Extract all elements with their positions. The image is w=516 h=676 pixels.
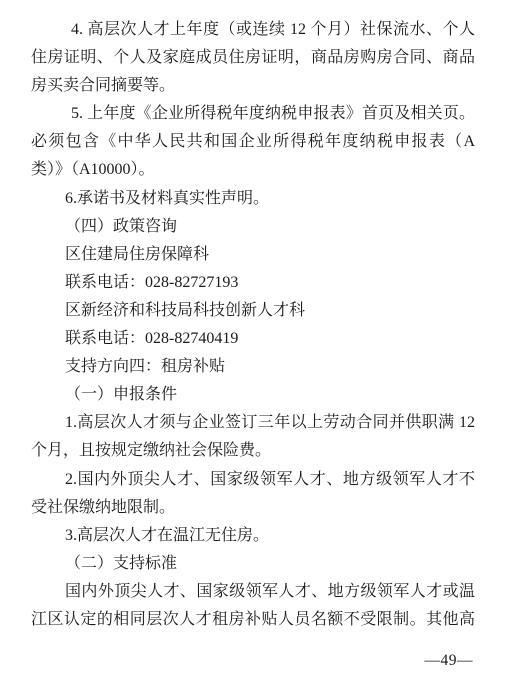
text-line-21: 国内外顶尖人才、国家级领军人才、地方级领军人才或温: [31, 578, 475, 606]
text-line-11: 区新经济和科技局科技创新人才科: [31, 297, 475, 325]
text-line-19: 3.高层次人才在温江无住房。: [31, 522, 475, 550]
text-line-15: 1.高层次人才须与企业签订三年以上劳动合同并供职满 12: [31, 409, 475, 437]
text-line-18: 受社保缴纳地限制。: [31, 494, 475, 522]
text-line-2: 住房证明、个人及家庭成员住房证明，商品房购房合同、商品: [31, 44, 475, 72]
document-page: 4. 高层次人才上年度（或连续 12 个月）社保流水、个人住房证明、个人及家庭成…: [0, 0, 516, 676]
text-line-12: 联系电话：028-82740419: [31, 325, 475, 353]
text-line-3: 房买卖合同摘要等。: [31, 72, 475, 100]
text-line-8: （四）政策咨询: [31, 213, 475, 241]
text-line-9: 区住建局住房保障科: [31, 241, 475, 269]
text-line-6: 类）》（A10000）。: [31, 156, 475, 184]
page-number: —49—: [425, 653, 474, 669]
text-line-17: 2.国内外顶尖人才、国家级领军人才、地方级领军人才不: [31, 466, 475, 494]
text-line-4: 5. 上年度《企业所得税年度纳税申报表》首页及相关页。: [31, 100, 475, 128]
text-line-22: 江区认定的相同层次人才租房补贴人员名额不受限制。其他高: [31, 606, 475, 634]
text-line-14: （一）申报条件: [31, 381, 475, 409]
text-line-16: 个月，且按规定缴纳社会保险费。: [31, 437, 475, 465]
text-line-7: 6.承诺书及材料真实性声明。: [31, 185, 475, 213]
text-line-1: 4. 高层次人才上年度（或连续 12 个月）社保流水、个人: [31, 16, 475, 44]
document-body: 4. 高层次人才上年度（或连续 12 个月）社保流水、个人住房证明、个人及家庭成…: [31, 16, 475, 634]
text-line-10: 联系电话：028-82727193: [31, 269, 475, 297]
text-line-5: 必须包含《中华人民共和国企业所得税年度纳税申报表（A: [31, 128, 475, 156]
text-line-13: 支持方向四：租房补贴: [31, 353, 475, 381]
text-line-20: （二）支持标准: [31, 550, 475, 578]
